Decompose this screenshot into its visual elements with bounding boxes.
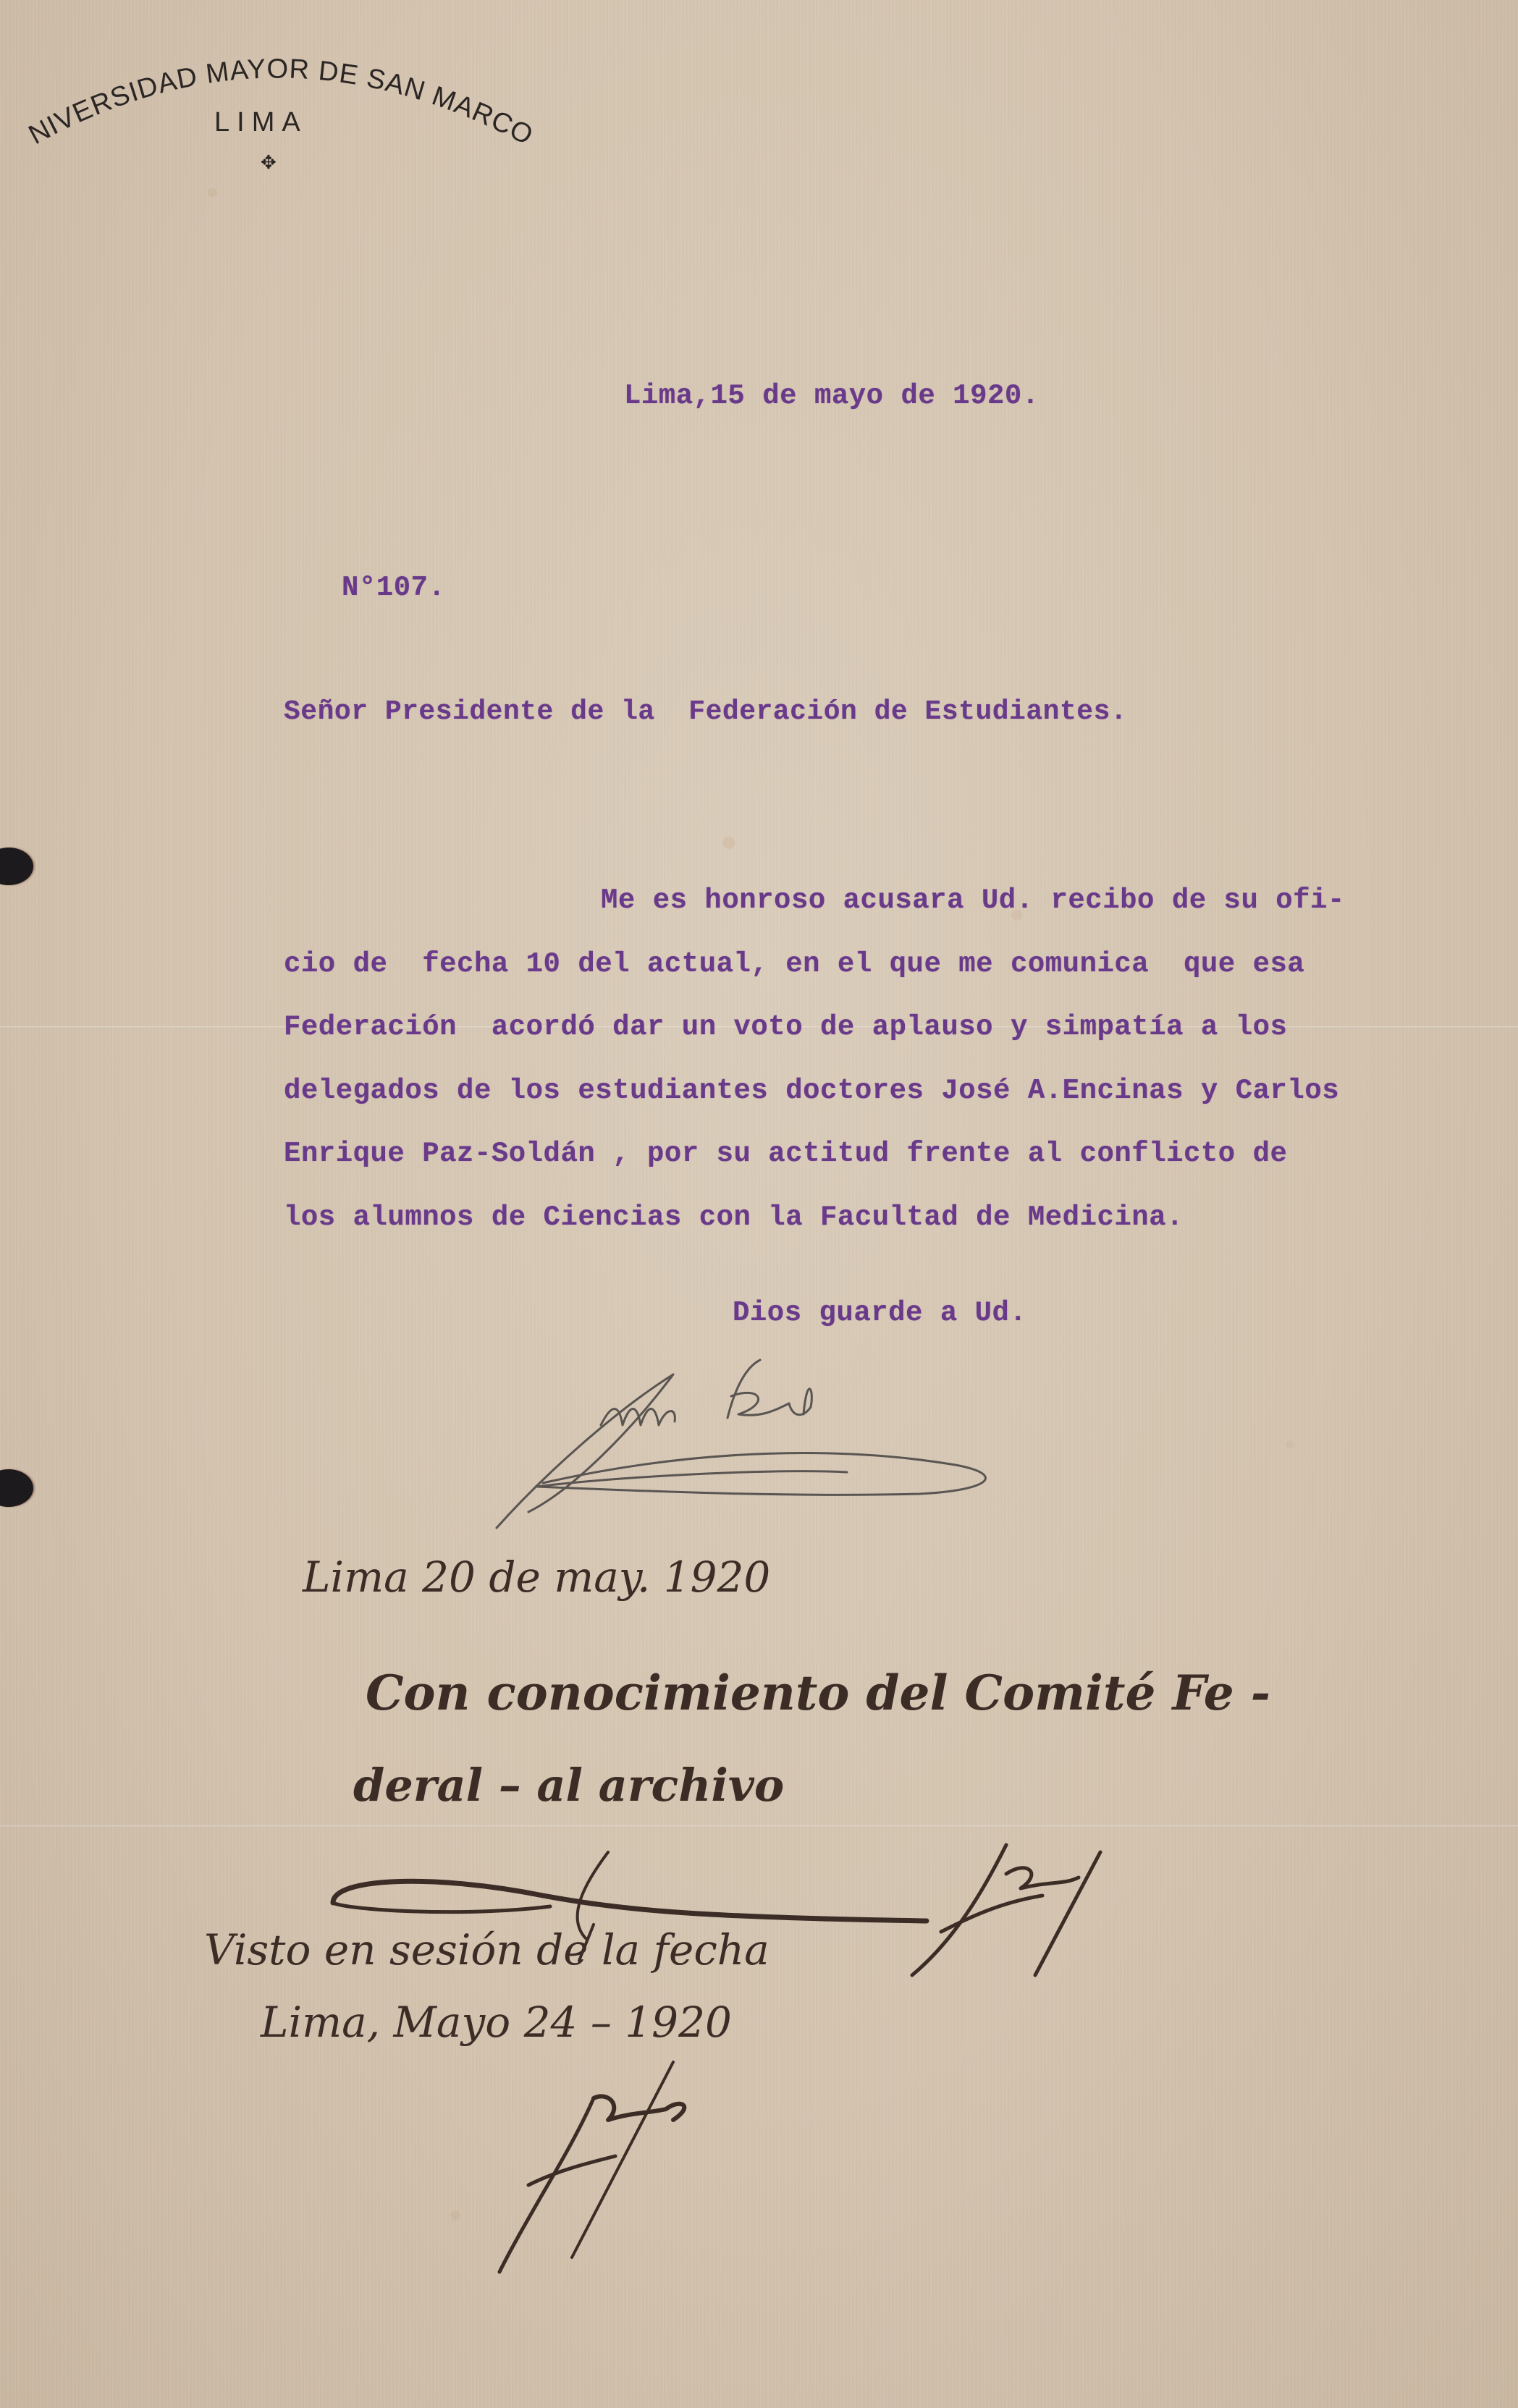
body-line: Federación acordó dar un voto de aplauso…: [284, 1011, 1287, 1043]
ornament-icon: ✥: [261, 152, 277, 174]
date-line: Lima,15 de mayo de 1920.: [624, 380, 1040, 412]
letterhead: UNIVERSIDAD MAYOR DE SAN MARCOS LIMA ✥: [0, 0, 565, 188]
reference-number: N°107.: [342, 572, 445, 604]
signature-stroke: [485, 1345, 1245, 1534]
body-line: Me es honroso acusara Ud. recibo de su o…: [601, 884, 1345, 916]
letterhead-arc: UNIVERSIDAD MAYOR DE SAN MARCOS: [0, 0, 565, 188]
annotation-2-line: Visto en sesión de la fecha: [204, 1925, 769, 1974]
annotation-1-line: Con conocimiento del Comité Fe -: [366, 1665, 1270, 1721]
punch-hole: [0, 848, 33, 885]
signature-javier-prado: Javier Prado: [478, 1332, 1238, 1520]
body-line: delegados de los estudiantes doctores Jo…: [284, 1075, 1339, 1107]
signature-stroke: [485, 2040, 847, 2279]
body-line: cio de fecha 10 del actual, en el que me…: [284, 948, 1304, 980]
closing: Dios guarde a Ud.: [733, 1297, 1026, 1329]
annotation-1-line: deral – al archivo: [353, 1759, 784, 1812]
addressee: Señor Presidente de la Federación de Est…: [284, 696, 1127, 727]
punch-hole: [0, 1469, 33, 1507]
body-line: los alumnos de Ciencias con la Facultad …: [284, 1201, 1184, 1233]
letterhead-city: LIMA: [214, 107, 308, 138]
signature-rosay-2: J. Rosay: [478, 2027, 840, 2265]
signature-rosay-1: J. Rosay: [311, 1824, 1289, 2005]
body-line: Enrique Paz-Soldán , por su actitud fren…: [284, 1138, 1287, 1170]
annotation-1-date: Lima 20 de may. 1920: [303, 1552, 770, 1602]
